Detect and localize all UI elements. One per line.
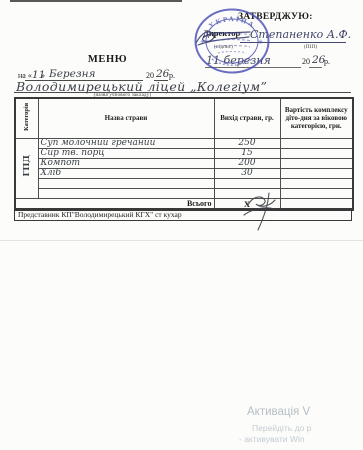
scanned-menu-document: ЗАТВЕРДЖУЮ: Директор (підпис) (ПІП) Степ… [0,0,363,450]
activation-watermark-line1: Перейдіть до р [252,423,311,433]
cost-cell [280,148,353,158]
cost-cell [280,158,353,168]
dish-output: 200 [214,158,280,168]
dish-output: 250 [214,138,280,148]
stamp-star-right: ✳ [258,39,263,46]
table-row [15,188,353,198]
dish-output: 15 [214,148,280,158]
category-value: ГПД [22,155,32,176]
svg-text:УКРАЇНА: УКРАЇНА [207,15,256,30]
table-row: Сир тв. порц 15 [15,148,353,158]
table-row: Компот 200 [15,158,353,168]
activation-watermark-title: Активація V [247,406,310,418]
dish-name: Компот [38,158,214,168]
stamp-star-left: ✳ [200,39,205,46]
cost-cell [280,178,353,188]
dish-name [38,178,214,188]
col-header-dish: Назва страви [38,98,214,138]
dish-name: Сир тв. порц [38,148,214,158]
table-row: ГПД Суп молочний гречаний 250 [15,138,353,148]
table-row: Хліб 30 [15,168,353,178]
menu-table: Категорія Назва страви Вихід страви, гр.… [14,97,354,211]
col-header-category: Категорія [15,98,38,138]
dish-output: 30 [214,168,280,178]
dish-name: Хліб [38,168,214,178]
dish-name [38,188,214,198]
col-header-category-text: Категорія [23,103,31,131]
scan-bottom-edge [0,240,363,241]
activation-watermark-line2: - активувати Win [239,434,305,444]
col-header-cost: Вартість комплексу діто-дня за віковою к… [280,98,353,138]
scan-top-edge [10,0,182,2]
category-cell: ГПД [15,138,38,198]
round-stamp-icon: УКРАЇНА ✳ ✳ [192,7,272,75]
stamp-arc-text: УКРАЇНА [207,15,256,30]
cook-signature-icon [241,191,277,231]
menu-title: МЕНЮ [60,54,155,65]
approval-year-prefix: 20 [302,57,310,66]
approval-year-suffix: р. [324,57,330,66]
approval-year-line [309,67,322,68]
cost-cell [280,168,353,178]
pib-caption: (ПІП) [304,45,317,50]
col-header-output: Вихід страви, гр. [214,98,280,138]
dish-name: Суп молочний гречаний [38,138,214,148]
cost-cell [280,188,353,198]
cost-cell [280,138,353,148]
representative-line: Представник КП"Володимирецький КГХ" ст к… [14,208,352,221]
table-row [15,178,353,188]
dish-output [214,178,280,188]
